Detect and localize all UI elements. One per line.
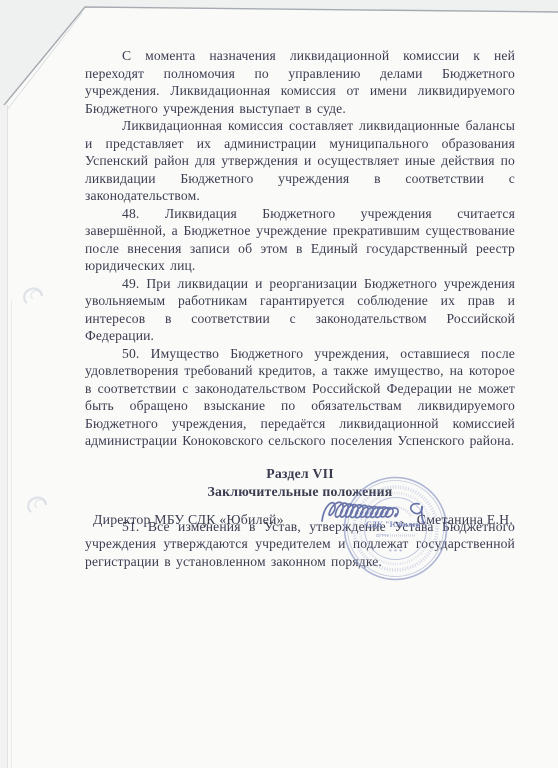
- signature-role-label: Директор МБУ СДК «Юбилей»: [93, 512, 284, 528]
- clause-50: 50. Имущество Бюджетного учреждения, ост…: [85, 345, 515, 450]
- punch-hole-mark-1: [24, 289, 42, 303]
- paragraph-intro-1: С момента назначения ликвидационной коми…: [85, 47, 515, 117]
- clause-49: 49. При ликвидации и реорганизации Бюдже…: [85, 275, 515, 345]
- signature-scrawl: [322, 502, 398, 521]
- signature-final-letter: [411, 504, 424, 523]
- seal-stars: * * *: [389, 548, 404, 556]
- paragraph-intro-2: Ликвидационная комиссия составляет ликви…: [85, 117, 515, 205]
- page-left-edge-strip: [0, 105, 7, 768]
- handwritten-signature: [316, 492, 448, 534]
- scanned-document-page: С момента назначения ликвидационной коми…: [0, 0, 558, 768]
- punch-hole-mark-2: [28, 498, 46, 512]
- clause-48: 48. Ликвидация Бюджетного учреждения счи…: [85, 205, 515, 275]
